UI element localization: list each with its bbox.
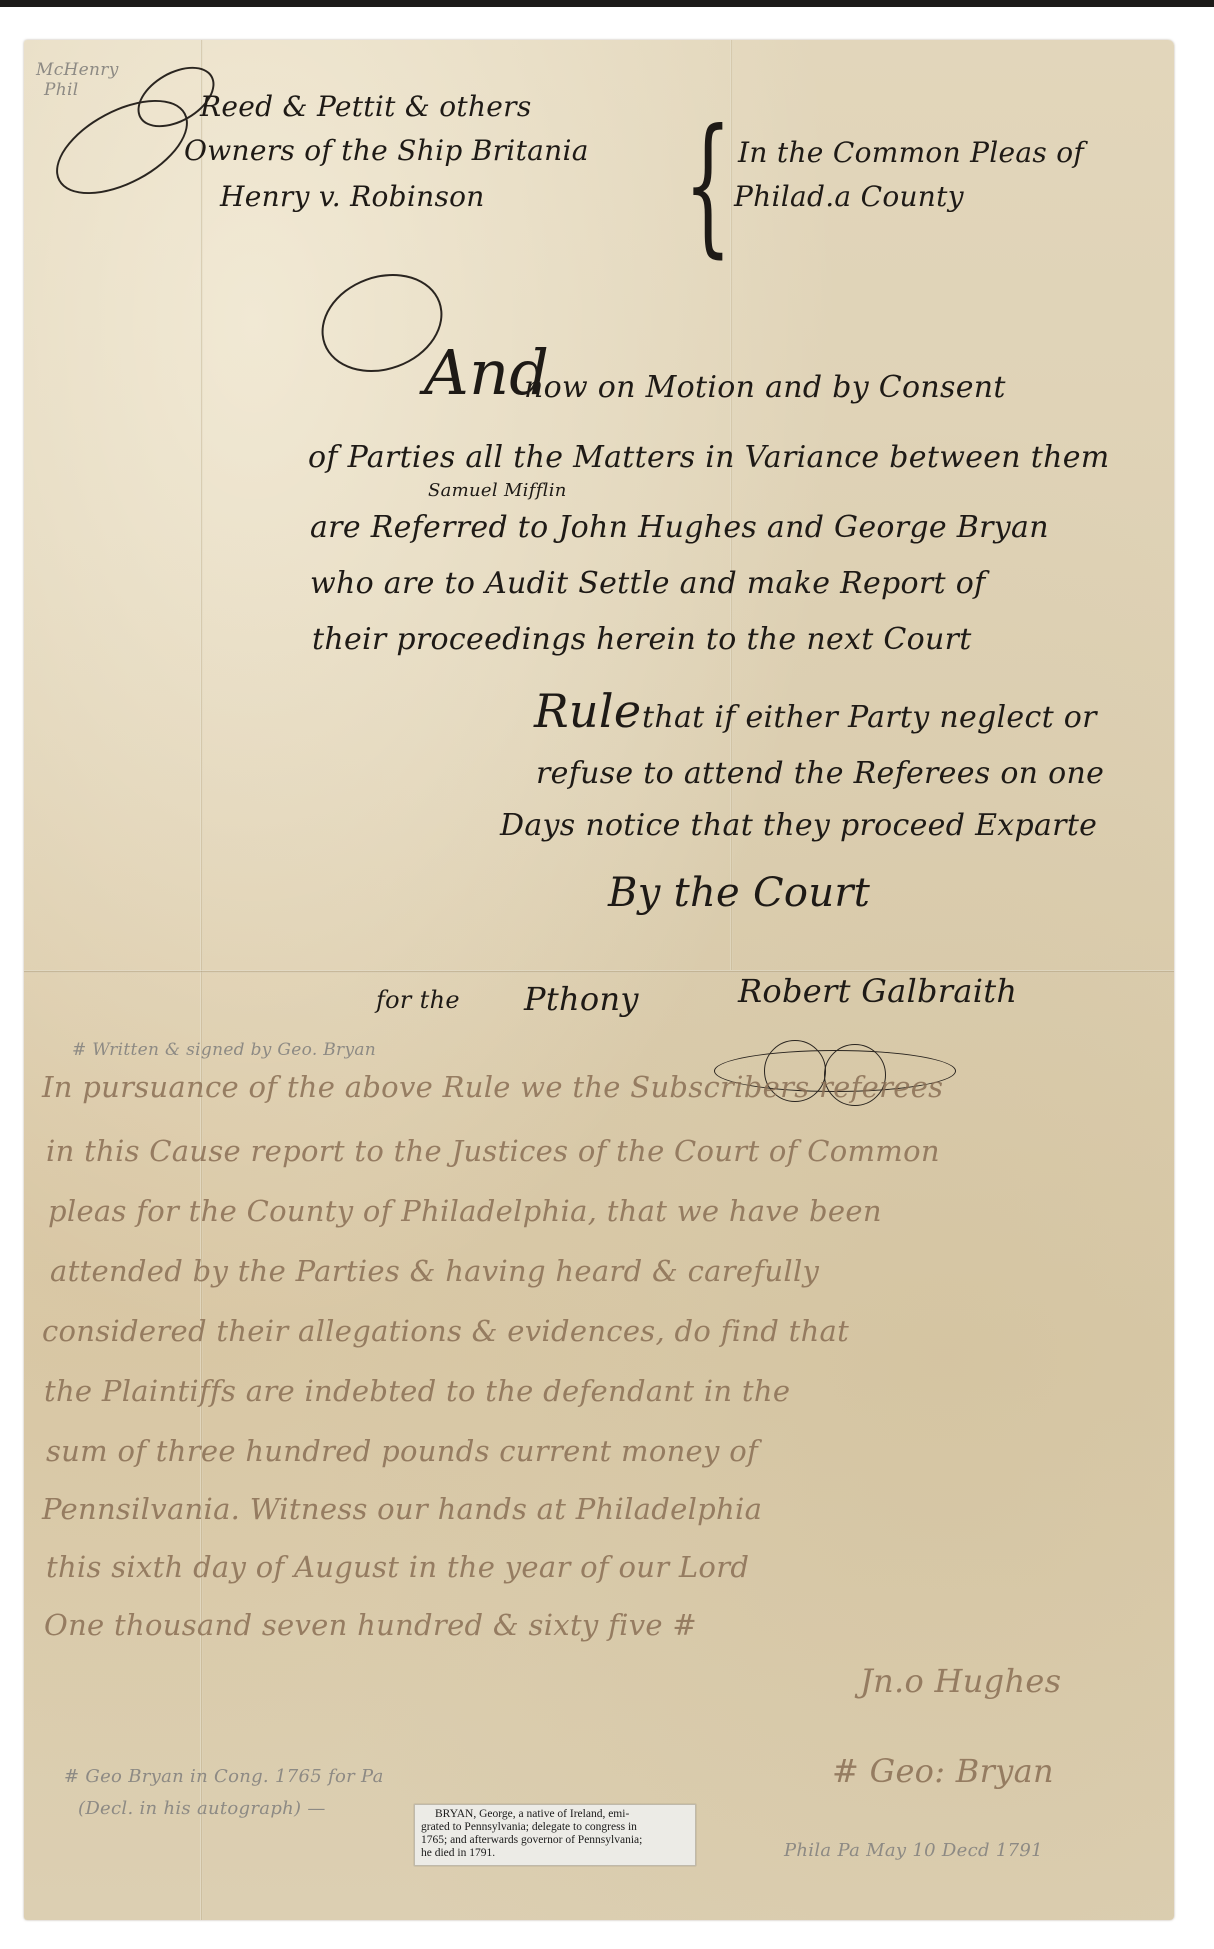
report-line: considered their allegations & evidences… [42, 1314, 849, 1348]
clipping-line: he died in 1791. [421, 1847, 689, 1860]
caption-court-line: Philad.a County [734, 180, 964, 213]
rule-line: of Parties all the Matters in Variance b… [308, 440, 1110, 475]
referee-signature: Jn.o Hughes [860, 1662, 1061, 1700]
caption-parties-line: Owners of the Ship Britania [184, 134, 589, 167]
clipping-line: grated to Pennsylvania; delegate to cong… [421, 1821, 689, 1834]
pencil-note: McHenry [36, 60, 119, 80]
manuscript-page: McHenry Phil Reed & Pettit & others Owne… [24, 40, 1174, 1920]
report-line: sum of three hundred pounds current mone… [46, 1434, 758, 1468]
rule-line: are Referred to John Hughes and George B… [310, 510, 1049, 545]
report-line: Pennsilvania. Witness our hands at Phila… [42, 1492, 762, 1526]
rule-line: refuse to attend the Referees on one [536, 756, 1104, 791]
report-line: attended by the Parties & having heard &… [50, 1254, 819, 1288]
caption-parties-line: Henry v. Robinson [220, 180, 485, 213]
rule-line: their proceedings herein to the next Cou… [312, 622, 972, 657]
pencil-note: Phil [44, 80, 78, 100]
pencil-header: # Written & signed by Geo. Bryan [72, 1040, 376, 1060]
rule-word: Rule [534, 684, 641, 738]
report-line: the Plaintiffs are indebted to the defen… [44, 1374, 790, 1408]
caption-court-line: In the Common Pleas of [738, 136, 1084, 169]
referee-signature: # Geo: Bryan [832, 1752, 1054, 1790]
prothonotary-label: Pthony [524, 980, 639, 1018]
report-line: One thousand seven hundred & sixty five … [44, 1608, 697, 1642]
rule-line: who are to Audit Settle and make Report … [310, 566, 986, 601]
clipping-line: 1765; and afterwards governor of Pennsyl… [421, 1834, 689, 1847]
rule-line: Days notice that they proceed Exparte [500, 808, 1097, 843]
rule-line: now on Motion and by Consent [524, 370, 1006, 405]
report-line: in this Cause report to the Justices of … [46, 1134, 940, 1168]
clerk-signature: Robert Galbraith [738, 972, 1017, 1010]
interlineation: Samuel Mifflin [428, 480, 567, 501]
pencil-note: (Decl. in his autograph) — [78, 1798, 326, 1819]
pencil-note: # Geo Bryan in Cong. 1765 for Pa [64, 1766, 384, 1787]
scan-border [0, 0, 1214, 7]
rule-line: that if either Party neglect or [642, 700, 1097, 735]
biographical-clipping: BRYAN, George, a native of Ireland, emi-… [414, 1804, 696, 1866]
pencil-note: Phila Pa May 10 Decd 1791 [784, 1840, 1043, 1861]
report-line: pleas for the County of Philadelphia, th… [48, 1194, 882, 1228]
for-the-label: for the [376, 986, 460, 1014]
report-line: this sixth day of August in the year of … [46, 1550, 749, 1584]
by-the-court: By the Court [608, 870, 870, 916]
brace-icon: { [684, 110, 699, 280]
caption-parties-line: Reed & Pettit & others [200, 90, 532, 123]
clipping-line: BRYAN, George, a native of Ireland, emi- [421, 1808, 689, 1821]
report-line: In pursuance of the above Rule we the Su… [42, 1070, 943, 1104]
